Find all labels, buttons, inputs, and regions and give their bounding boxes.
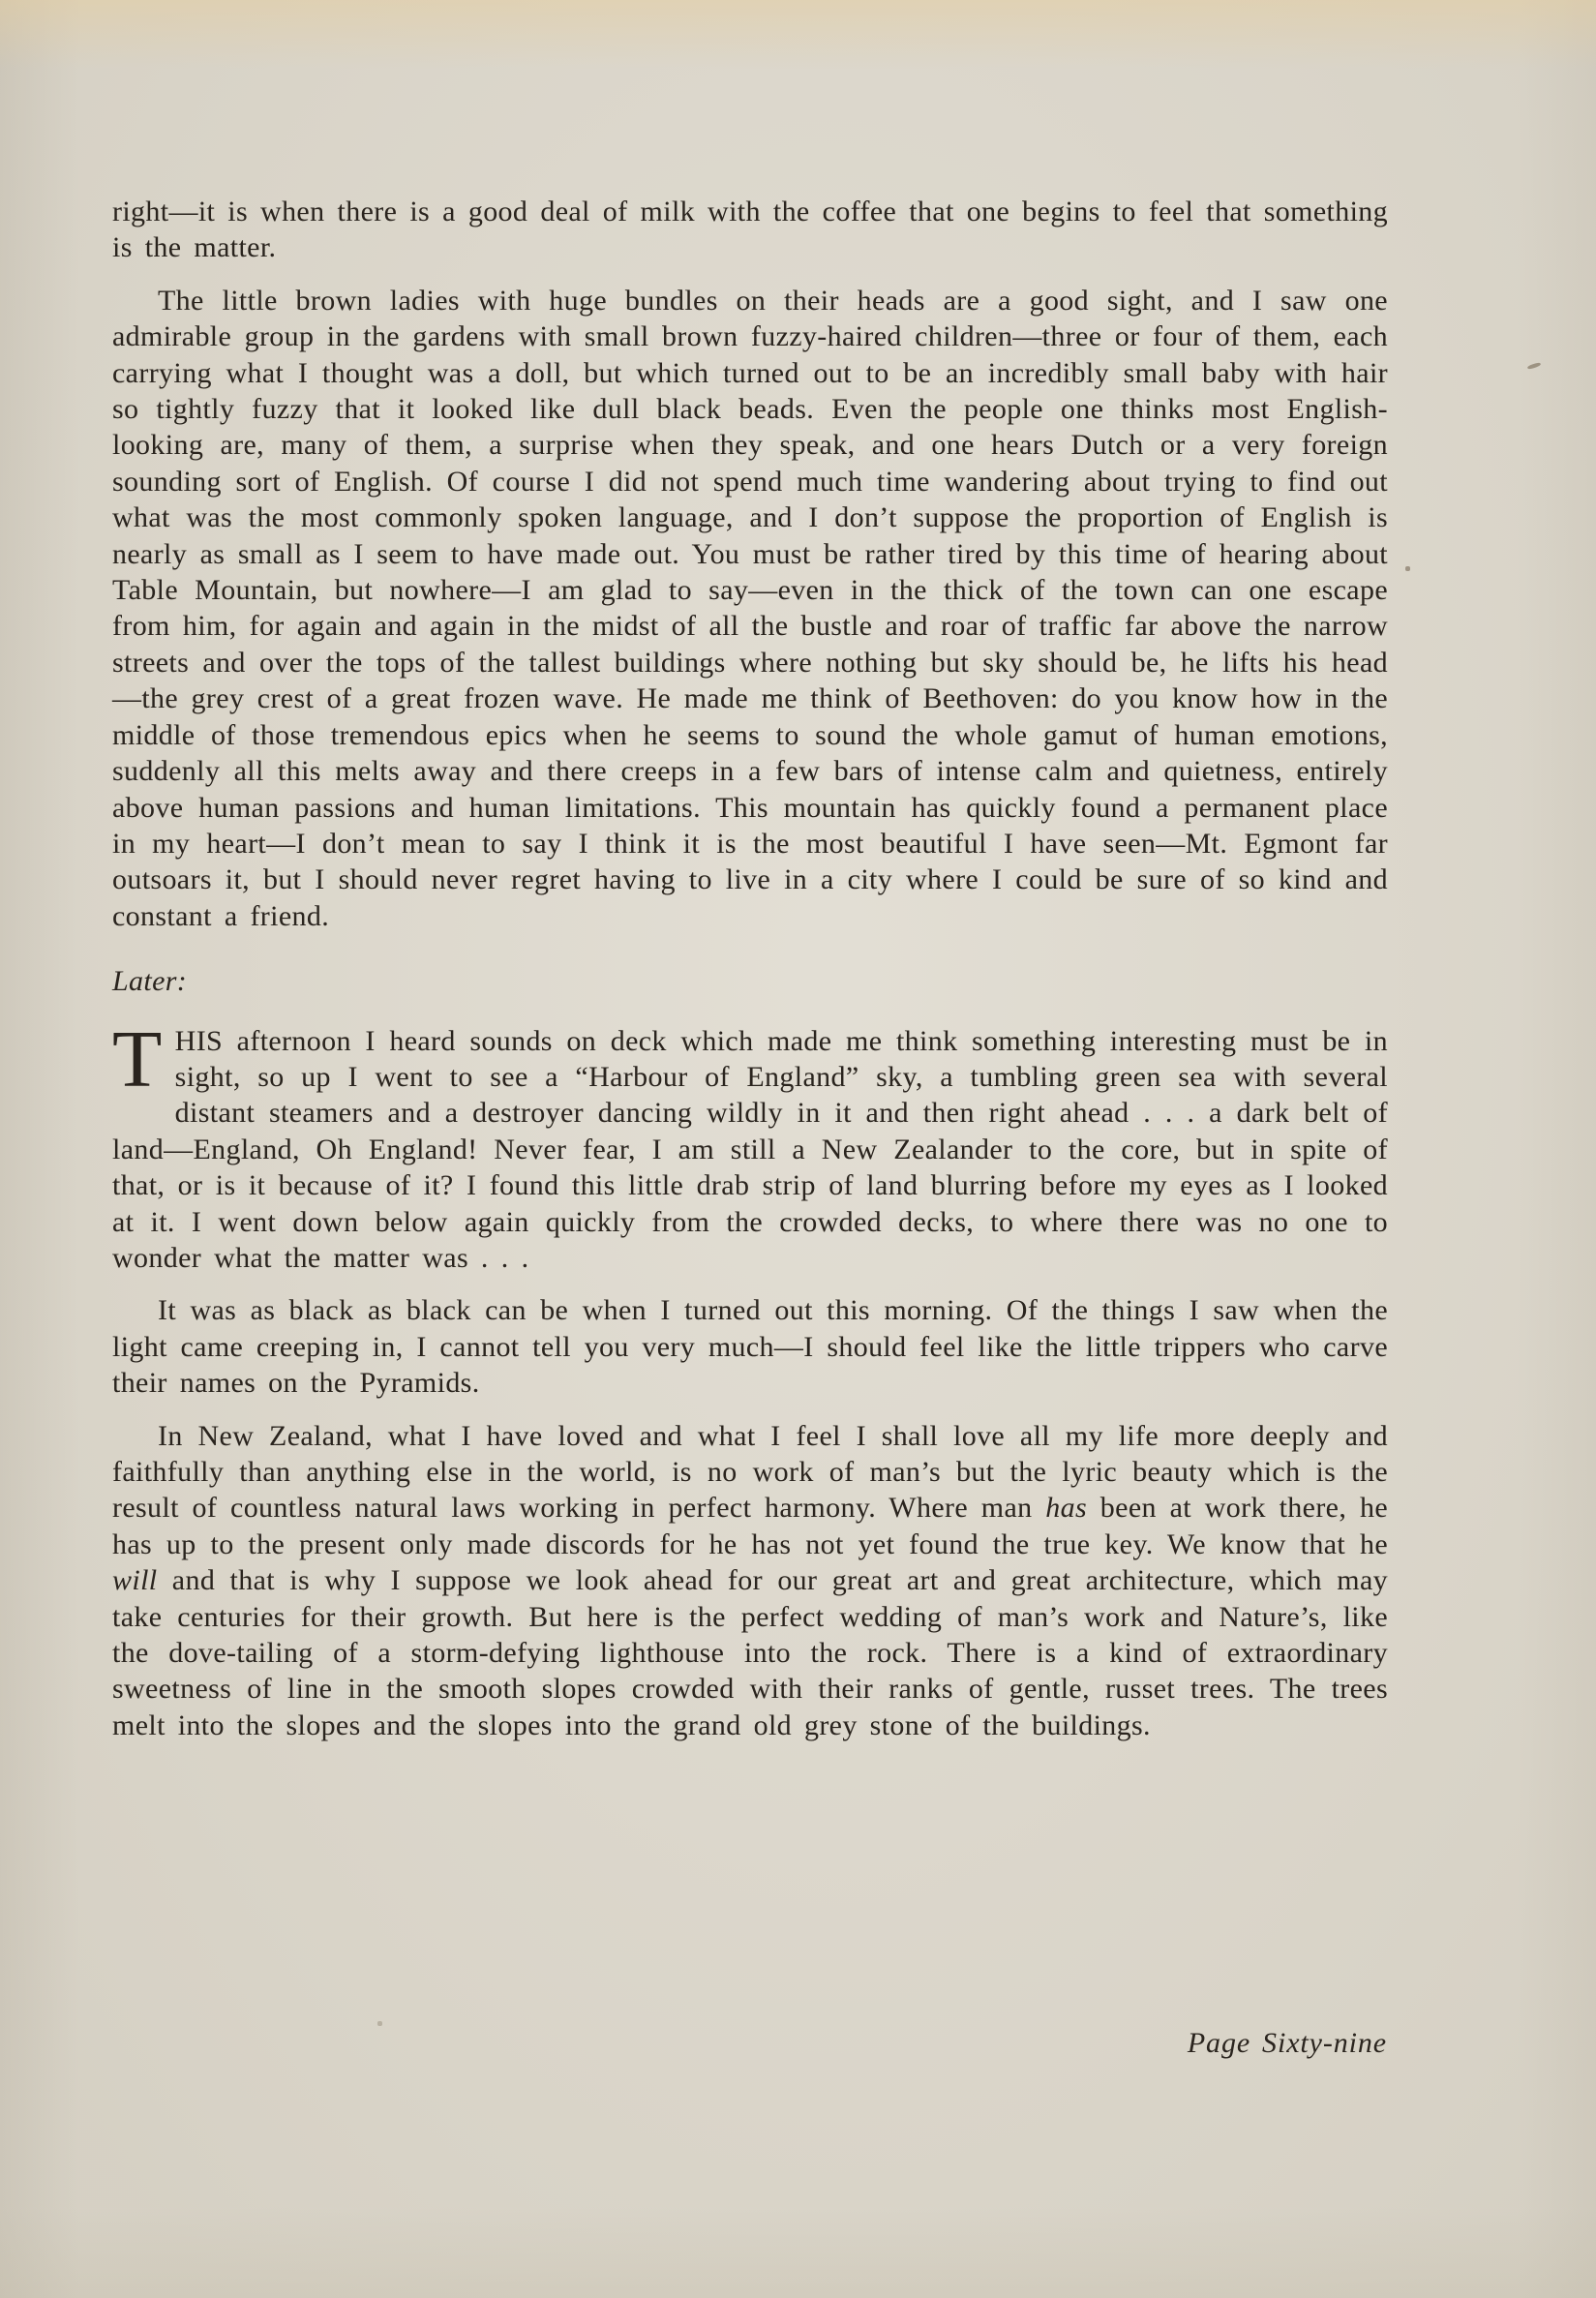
book-page: right—it is when there is a good deal of… bbox=[0, 0, 1596, 2298]
paragraph-new-zealand-part-c: and that is why I suppose we look ahead … bbox=[112, 1564, 1388, 1741]
paragraph-new-zealand: In New Zealand, what I have loved and wh… bbox=[112, 1418, 1388, 1744]
paper-speck bbox=[1527, 362, 1542, 370]
later-heading: Later: bbox=[112, 963, 1388, 999]
paragraph-milk: right—it is when there is a good deal of… bbox=[112, 194, 1388, 266]
drop-cap-letter: T bbox=[112, 1023, 175, 1096]
italic-word-has: has bbox=[1045, 1492, 1087, 1524]
paper-speck bbox=[1405, 566, 1410, 571]
paragraph-brown-ladies: The little brown ladies with huge bundle… bbox=[112, 283, 1388, 934]
italic-word-will: will bbox=[112, 1564, 157, 1596]
text-column: right—it is when there is a good deal of… bbox=[112, 194, 1388, 1743]
page-number-footer: Page Sixty-nine bbox=[1188, 2027, 1387, 2060]
paragraph-this-afternoon: THIS afternoon I heard sounds on deck wh… bbox=[112, 1023, 1388, 1277]
paragraph-black-morning: It was as black as black can be when I t… bbox=[112, 1292, 1388, 1401]
paper-speck bbox=[377, 2021, 382, 2026]
paragraph-this-afternoon-text: HIS afternoon I heard sounds on deck whi… bbox=[112, 1025, 1388, 1274]
